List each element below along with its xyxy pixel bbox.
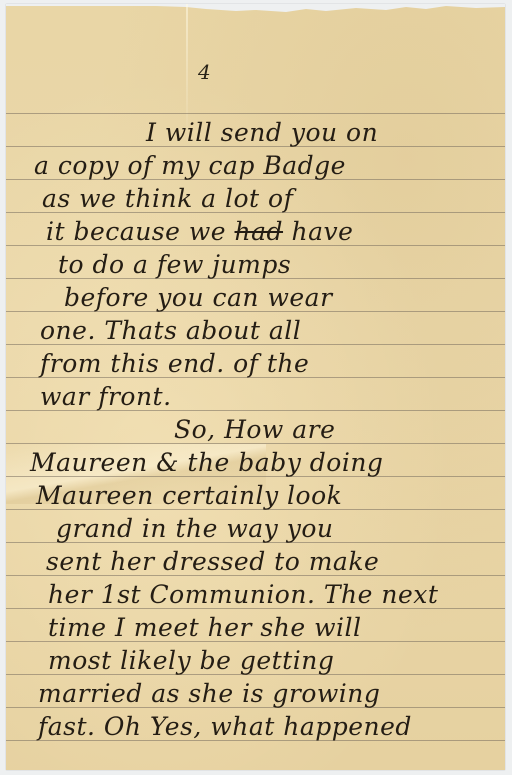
line-text: sent her dressed to make (46, 547, 379, 576)
line-text: I will send you on (146, 118, 378, 147)
ruled-line (6, 113, 505, 114)
handwritten-line: a copy of my cap Badge (34, 151, 346, 180)
handwritten-line: it because we had have (46, 217, 353, 246)
handwritten-line: Maureen certainly look (36, 481, 342, 510)
scanned-letter-page: 4 I will send you on a copy of my cap Ba… (0, 0, 512, 775)
handwritten-line: fast. Oh Yes, what happened (38, 712, 412, 741)
line-text: it because we (46, 217, 235, 246)
line-text: have (283, 217, 353, 246)
line-text: a copy of my cap Badge (34, 151, 346, 180)
handwritten-line: time I meet her she will (48, 613, 361, 642)
line-text: to do a few jumps (58, 250, 291, 279)
line-text: time I meet her she will (48, 613, 361, 642)
paper-sheet: 4 I will send you on a copy of my cap Ba… (6, 4, 505, 770)
handwritten-line: grand in the way you (56, 514, 334, 543)
line-text: before you can wear (64, 283, 333, 312)
line-text: married as she is growing (38, 679, 380, 708)
line-text: fast. Oh Yes, what happened (38, 712, 412, 741)
line-text: Maureen certainly look (36, 481, 342, 510)
line-text: So, How are (174, 415, 335, 444)
handwritten-line: from this end. of the (40, 349, 309, 378)
line-text: as we think a lot of (42, 184, 293, 213)
handwritten-line: sent her dressed to make (46, 547, 379, 576)
handwritten-line: to do a few jumps (58, 250, 291, 279)
line-text: from this end. of the (40, 349, 309, 378)
line-text: her 1st Communion. The next (48, 580, 438, 609)
page-number: 4 (198, 60, 211, 84)
line-text: one. Thats about all (40, 316, 301, 345)
handwritten-line: I will send you on (146, 118, 378, 147)
handwritten-line: before you can wear (64, 283, 333, 312)
line-text: grand in the way you (56, 514, 334, 543)
line-text: most likely be getting (48, 646, 334, 675)
handwritten-line: one. Thats about all (40, 316, 301, 345)
handwritten-line: Maureen & the baby doing (30, 448, 383, 477)
line-text: Maureen & the baby doing (30, 448, 383, 477)
struck-word: had (235, 217, 284, 246)
handwritten-line: her 1st Communion. The next (48, 580, 438, 609)
handwritten-line: So, How are (174, 415, 335, 444)
line-text: war front. (40, 382, 172, 411)
handwritten-line: war front. (40, 382, 172, 411)
handwritten-line: as we think a lot of (42, 184, 293, 213)
handwritten-line: married as she is growing (38, 679, 380, 708)
handwritten-line: most likely be getting (48, 646, 334, 675)
torn-top-edge (6, 4, 505, 14)
